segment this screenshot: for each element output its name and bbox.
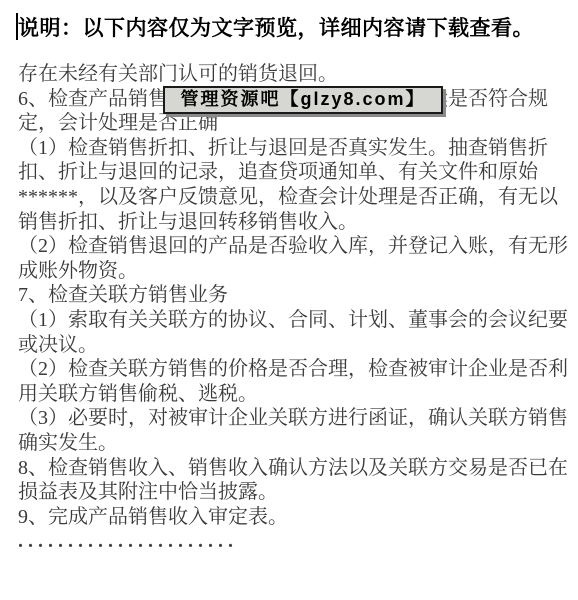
text-line: 存在未经有关部门认可的销货退回。 [18, 62, 570, 87]
text-line: 9、完成产品销售收入审定表。 [18, 505, 570, 530]
text-line: ******，以及客户反馈意见，检查会计处理是否正确，有无以 [18, 185, 570, 210]
text-line: 确实发生。 [18, 431, 570, 456]
text-line: （1）检查销售折扣、折让与退回是否真实发生。抽查销售折 [18, 136, 570, 161]
ellipsis-line: ...................... [18, 529, 570, 554]
text-line: （3）必要时，对被审计企业关联方进行函证，确认关联方销售 [18, 406, 570, 431]
preview-notice-heading: 说明：以下内容仅为文字预览，详细内容请下载查看。 [18, 12, 534, 42]
document-body: 存在未经有关部门认可的销货退回。 6、检查产品销售退回、折扣与折让，检查其手续是… [18, 62, 570, 554]
text-line: 损益表及其附注中恰当披露。 [18, 480, 570, 505]
text-line: 8、检查销售收入、销售收入确认方法以及关联方交易是否已在 [18, 456, 570, 481]
text-line: 或决议。 [18, 333, 570, 358]
text-line: 扣、折让与退回的记录，追查贷项通知单、有关文件和原始 [18, 160, 570, 185]
watermark-badge: 管理资源吧【glzy8.com】 [163, 86, 443, 114]
text-line: 定，会计处理是否正确 [18, 111, 570, 136]
text-line: （1）索取有关关联方的协议、合同、计划、董事会的会议纪要 [18, 308, 570, 333]
text-line: （2）检查销售退回的产品是否验收入库，并登记入账，有无形 [18, 234, 570, 259]
text-line: 用关联方销售偷税、逃税。 [18, 382, 570, 407]
document-preview-page: 说明：以下内容仅为文字预览，详细内容请下载查看。 存在未经有关部门认可的销货退回… [0, 0, 578, 600]
text-line: （2）检查关联方销售的价格是否合理，检查被审计企业是否利 [18, 357, 570, 382]
text-line: 7、检查关联方销售业务 [18, 283, 570, 308]
text-line: 成账外物资。 [18, 259, 570, 284]
text-line: 销售折扣、折让与退回转移销售收入。 [18, 210, 570, 235]
